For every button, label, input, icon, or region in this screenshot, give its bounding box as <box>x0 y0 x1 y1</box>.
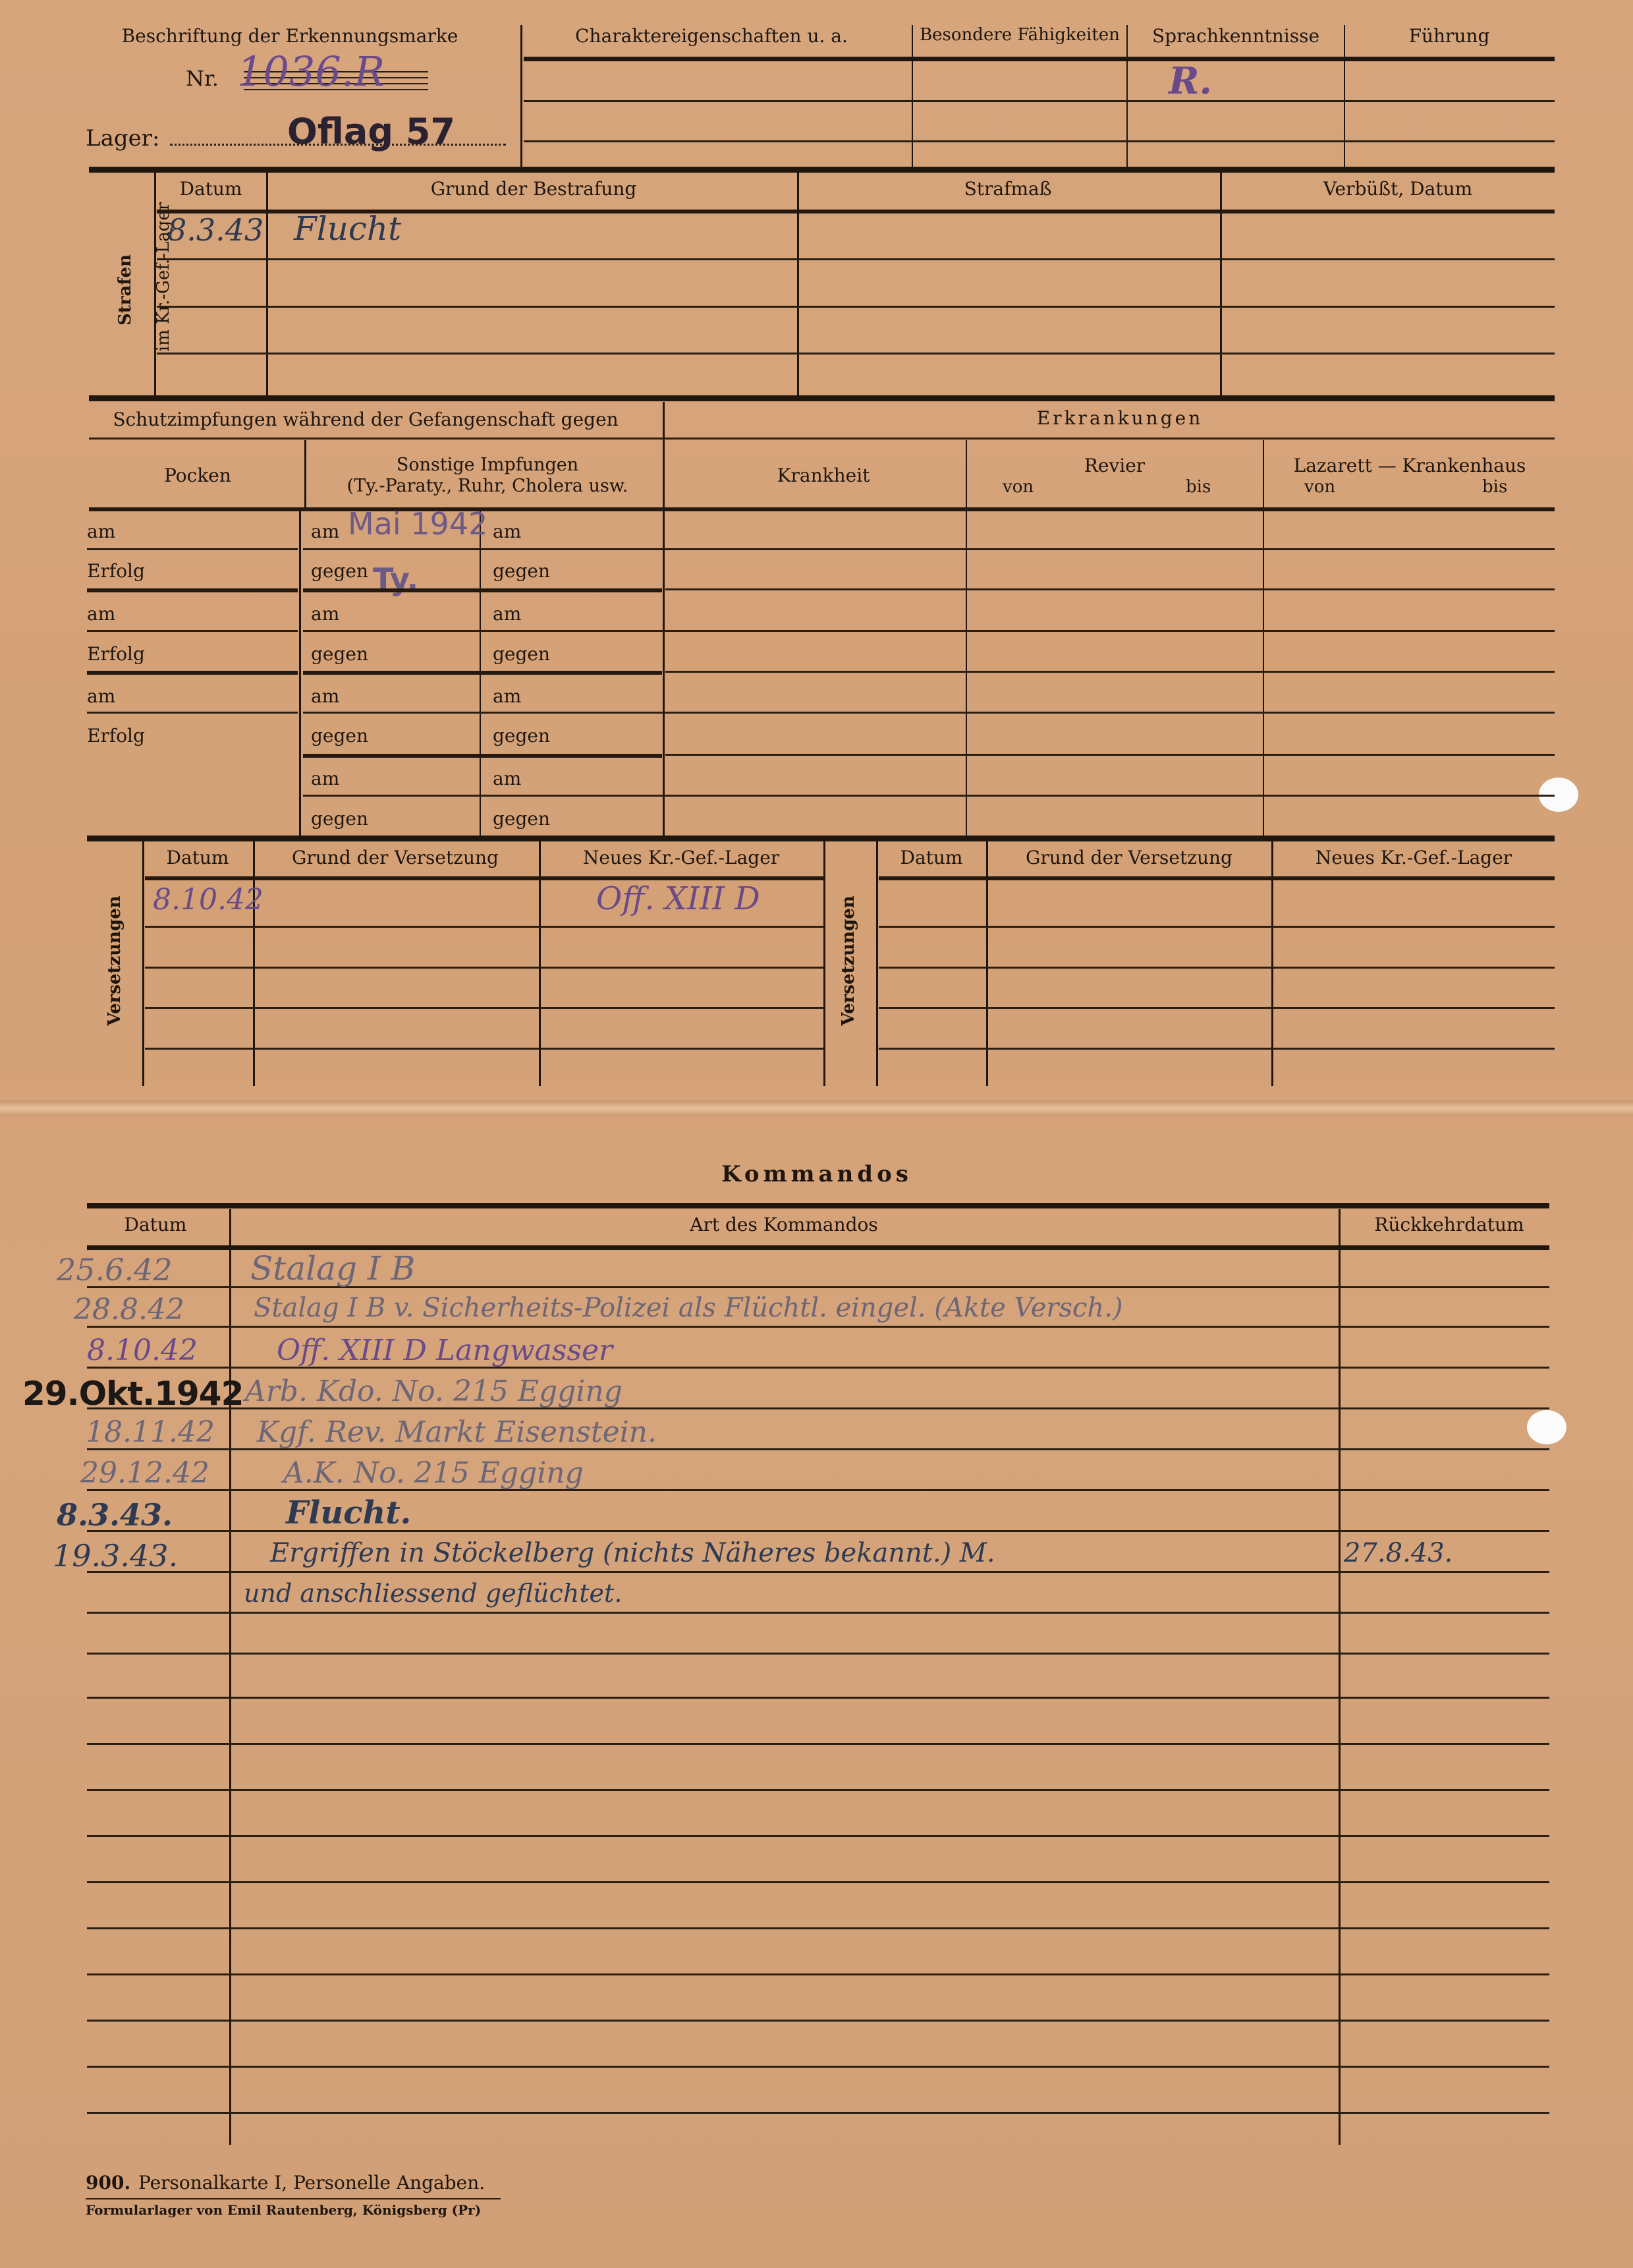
col-faehigkeiten: Besondere Fähigkeiten <box>920 25 1120 45</box>
strafen-col-grund: Grund der Bestrafung <box>431 178 637 200</box>
sonst-am-r3: am <box>493 685 521 707</box>
sonst-am-r2: am <box>493 603 521 625</box>
punch-hole-bottom <box>1527 1410 1566 1444</box>
sonst-gegen-r2: gegen <box>493 643 550 665</box>
sonst-gegen-r4: gegen <box>493 808 550 830</box>
kdo-row4-art: Arb. Kdo. No. 215 Egging <box>245 1375 623 1408</box>
strafen-side-label: Strafen <box>112 204 138 376</box>
revier-von: von <box>1003 477 1034 497</box>
revier-bis: bis <box>1186 477 1211 497</box>
col-fuehrung: Führung <box>1409 25 1490 47</box>
kdo-row8-art: Ergriffen in Stöckelberg (nichts Näheres… <box>270 1538 995 1568</box>
kdo-row5-datum: 18.11.42 <box>86 1415 215 1449</box>
pocken-erfolg-3: Erfolg <box>87 725 145 747</box>
sonst-am-l1: am <box>311 521 339 542</box>
verz-left-col-datum: Datum <box>167 847 229 868</box>
sonst-am-r4: am <box>493 768 521 789</box>
strafen-col-verbuesst: Verbüßt, Datum <box>1323 178 1472 200</box>
verz-row1-lager: Off. XIII D <box>596 880 760 917</box>
pocken-erfolg-1: Erfolg <box>87 560 145 582</box>
sonst-am-r1: am <box>493 521 521 542</box>
erkrankungen-title: Erkrankungen <box>1037 407 1203 429</box>
kommandos-col-rueckkehr: Rückkehrdatum <box>1374 1214 1524 1235</box>
kdo-row6-art: A.K. No. 215 Egging <box>283 1456 584 1490</box>
col-sonstige: Sonstige Impfungen <box>397 455 578 475</box>
kommandos-title: Kommandos <box>721 1161 912 1187</box>
verz-right-col-lager: Neues Kr.-Gef.-Lager <box>1315 847 1512 868</box>
nr-label: Nr. <box>186 66 219 91</box>
kdo-row8-rueckkehr: 27.8.43. <box>1344 1538 1453 1568</box>
sonst-gegen-l4: gegen <box>311 808 368 830</box>
kdo-row8-datum: 19.3.43. <box>53 1538 178 1573</box>
sonst-am-l2: am <box>311 603 339 625</box>
lager-label: Lager: <box>86 125 159 152</box>
col-charakter: Charaktereigenschaften u. a. <box>575 25 848 47</box>
impfungen-title: Schutzimpfungen während der Gefangenscha… <box>113 409 618 430</box>
col-sprachkenntnisse: Sprachkenntnisse <box>1152 25 1319 47</box>
col-sonstige-sub: (Ty.-Paraty., Ruhr, Cholera usw. <box>347 476 628 496</box>
kdo-row1-datum: 25.6.42 <box>57 1252 173 1288</box>
kdo-row4-datum-stamp: 29.Okt.1942 <box>22 1375 243 1413</box>
col-krankheit: Krankheit <box>777 465 870 486</box>
sonst-gegen-l1: gegen <box>311 560 368 582</box>
verz-left-col-lager: Neues Kr.-Gef.-Lager <box>583 847 779 868</box>
card-fold <box>0 1100 1633 1116</box>
personnel-card: Beschriftung der Erkennungsmarke Nr. 103… <box>0 0 1633 2268</box>
tag-caption: Beschriftung der Erkennungsmarke <box>122 25 458 47</box>
versetzungen-side-label-left: Versetzungen <box>103 895 126 1027</box>
kdo-row6-datum: 29.12.42 <box>80 1456 209 1490</box>
verz-right-col-grund: Grund der Versetzung <box>1026 847 1232 868</box>
tag-number: 1036.R <box>237 47 385 96</box>
pocken-am-2: am <box>87 603 115 625</box>
verz-right-col-datum: Datum <box>900 847 963 868</box>
sonst-gegen-r1: gegen <box>493 560 550 582</box>
col-lazarett: Lazarett — Krankenhaus <box>1294 455 1526 476</box>
kdo-row9-art: und anschliessend geflüchtet. <box>244 1579 622 1608</box>
pocken-am-1: am <box>87 521 115 542</box>
verz-left-col-grund: Grund der Versetzung <box>292 847 499 868</box>
kdo-row7-art: Flucht. <box>286 1494 411 1531</box>
sonst-am-l3: am <box>311 685 339 707</box>
sonst-gegen-l3: gegen <box>311 725 368 747</box>
col-pocken: Pocken <box>164 465 231 486</box>
form-title: Personalkarte I, Personelle Angaben. <box>138 2172 485 2194</box>
lager-stamp: Oflag 57 <box>287 111 455 152</box>
strafen-col-datum: Datum <box>180 178 242 200</box>
strafen-row1-grund: Flucht <box>294 210 401 248</box>
kdo-row2-art: Stalag I B v. Sicherheits-Polizei als Fl… <box>254 1293 1123 1323</box>
kdo-row7-datum: 8.3.43. <box>57 1497 173 1533</box>
kommandos-col-datum: Datum <box>125 1214 187 1235</box>
lazarett-bis: bis <box>1482 477 1507 497</box>
versetzungen-side-label-right: Versetzungen <box>837 895 860 1027</box>
printer-imprint: Formularlager von Emil Rautenberg, König… <box>86 2202 481 2218</box>
kdo-row3-art: Off. XIII D Langwasser <box>277 1334 613 1367</box>
kdo-row1-art: Stalag I B <box>250 1249 415 1288</box>
pocken-am-3: am <box>87 685 115 707</box>
strafen-col-strafmass: Strafmaß <box>964 178 1052 200</box>
kdo-row2-datum: 28.8.42 <box>74 1293 184 1326</box>
col-revier: Revier <box>1084 455 1145 476</box>
form-number: 900. <box>86 2172 130 2194</box>
strafen-row1-datum: 8.3.43 <box>167 212 263 248</box>
kdo-row5-art: Kgf. Rev. Markt Eisenstein. <box>257 1415 657 1449</box>
verz-row1-datum: 8.10.42 <box>153 883 263 917</box>
sonst-gegen-r3: gegen <box>493 725 550 747</box>
kdo-row3-datum: 8.10.42 <box>87 1334 198 1367</box>
kommandos-col-art: Art des Kommandos <box>690 1214 878 1235</box>
sonst-gegen-l2: gegen <box>311 643 368 665</box>
sprachkenntnisse-value: R. <box>1169 59 1212 103</box>
sonst-am-l4: am <box>311 768 339 789</box>
lazarett-von: von <box>1304 477 1335 497</box>
pocken-erfolg-2: Erfolg <box>87 643 145 665</box>
vaccination-date-stamp: Mai 1942 <box>348 506 487 542</box>
